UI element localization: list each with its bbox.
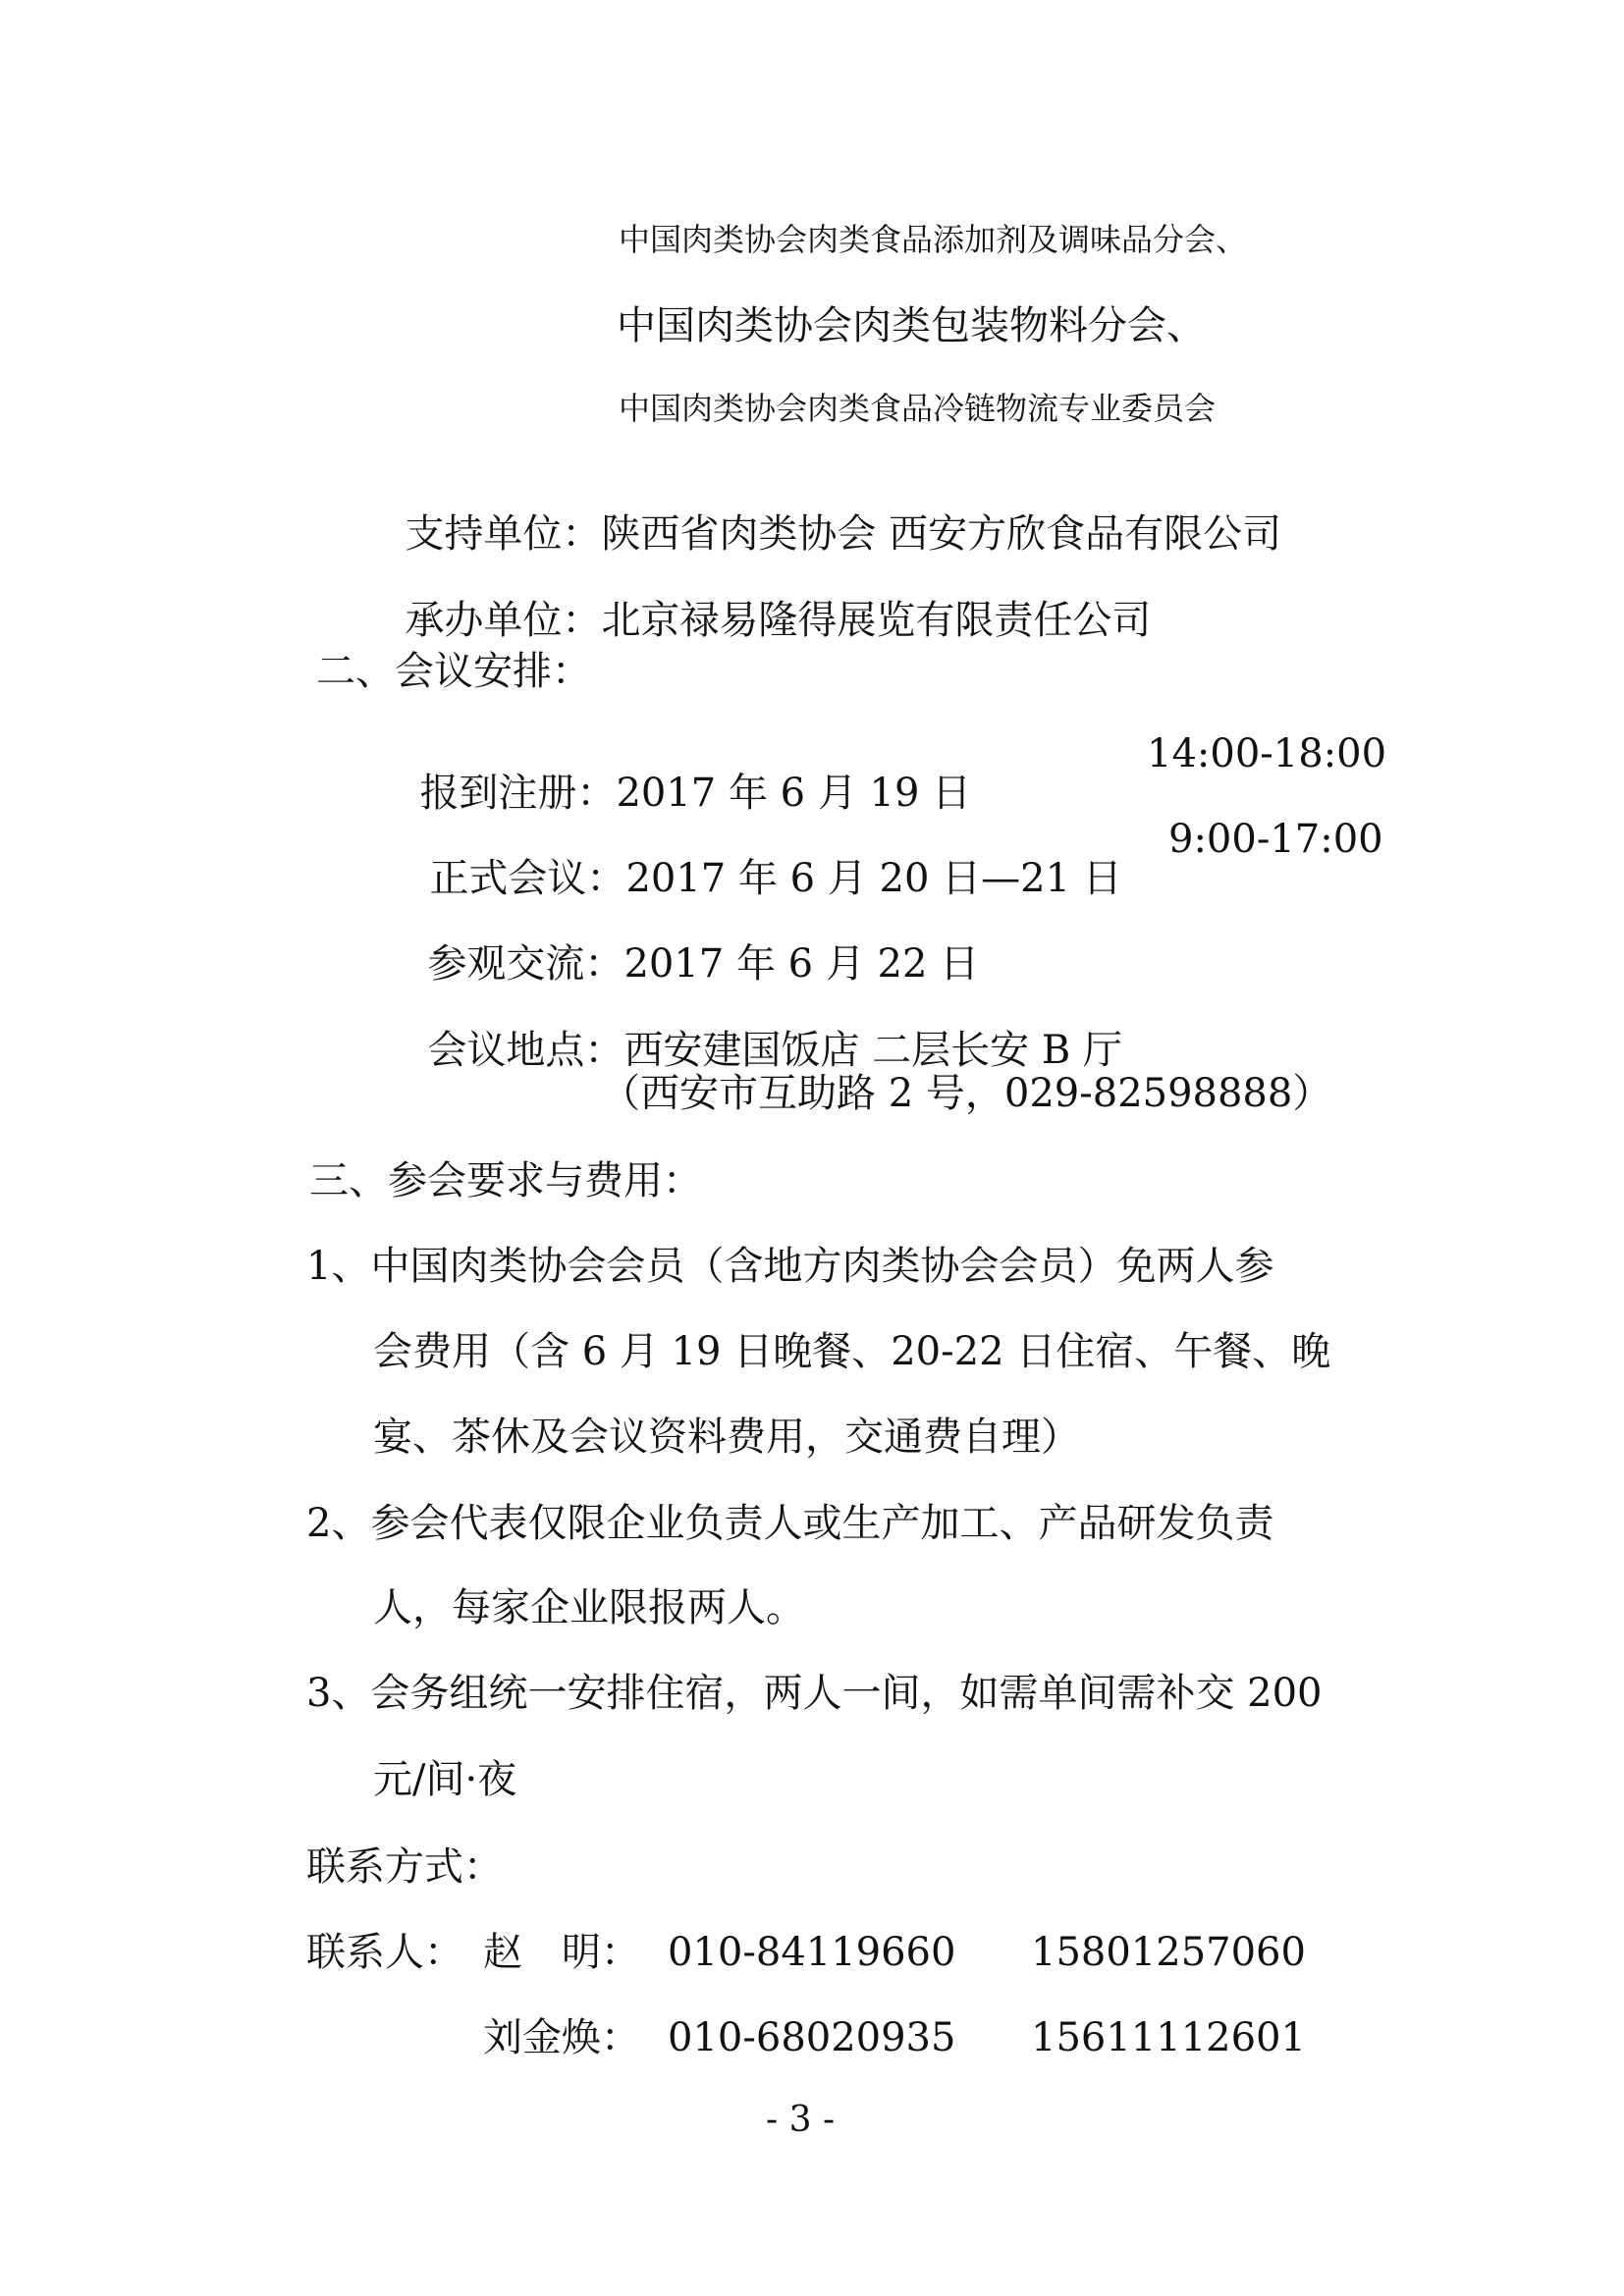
registration-row: 报到注册：2017 年 6 月 19 日 [395, 734, 971, 813]
meeting-row: 正式会议：2017 年 6 月 20 日—21 日 [405, 820, 1122, 898]
requirement-2-line-2: 人，每家企业限报两人。 [373, 1588, 805, 1628]
requirement-1-line-3: 宴、茶休及会议资料费用，交通费自理） [373, 1417, 1080, 1457]
requirement-3-line-2: 元/间·夜 [373, 1760, 516, 1799]
venue-address: （西安市互助路 2 号，029-82598888） [601, 1074, 1331, 1113]
requirement-2-line-1: 2、参会代表仅限企业负责人或生产加工、产品研发负责 [306, 1504, 1273, 1543]
organizer-line-1: 中国肉类协会肉类食品添加剂及调味品分会、 [619, 224, 1247, 255]
contact-person-phone: 010-68020935 [668, 2018, 955, 2057]
requirement-1-line-1: 1、中国肉类协会会员（含地方肉类协会会员）免两人参 [306, 1247, 1273, 1286]
host-label: 承办单位： [405, 598, 601, 643]
visit-row: 参观交流：2017 年 6 月 22 日 [403, 905, 979, 984]
contact-person-mobile: 15611112601 [1031, 2018, 1306, 2057]
organizer-line-2: 中国肉类协会肉类包装物料分会、 [617, 306, 1206, 346]
page-number: - 3 - [766, 2103, 835, 2138]
contact-person-name: 刘金焕： [483, 2018, 640, 2057]
visit-label: 参观交流： [427, 941, 623, 987]
contact-person-name: 赵 明： [483, 1933, 640, 1972]
support-label: 支持单位： [405, 511, 601, 557]
contact-label: 联系人： [306, 1933, 463, 1972]
contact-person-mobile: 15801257060 [1031, 1933, 1306, 1972]
requirement-3-line-1: 3、会务组统一安排住宿，两人一间，如需单间需补交 200 [306, 1674, 1323, 1713]
host-unit: 承办单位：北京禄易隆得展览有限责任公司 [380, 561, 1151, 640]
organizer-line-3: 中国肉类协会肉类食品冷链物流专业委员会 [619, 393, 1216, 424]
meeting-date: 2017 年 6 月 20 日—21 日 [625, 856, 1121, 901]
visit-date: 2017 年 6 月 22 日 [623, 941, 979, 987]
venue-value: 西安建国饭店 二层长安 B 厅 [623, 1028, 1122, 1073]
registration-label: 报到注册： [419, 771, 616, 816]
support-value: 陕西省肉类协会 西安方欣食品有限公司 [601, 511, 1281, 557]
meeting-label: 正式会议： [429, 856, 625, 901]
section-2-heading: 二、会议安排： [316, 652, 591, 691]
venue-row: 会议地点：西安建国饭店 二层长安 B 厅 [403, 991, 1122, 1070]
meeting-time: 9:00-17:00 [1168, 820, 1383, 859]
requirement-1-line-2: 会费用（含 6 月 19 日晚餐、20-22 日住宿、午餐、晚 [373, 1332, 1330, 1371]
support-unit: 支持单位：陕西省肉类协会 西安方欣食品有限公司 [380, 475, 1281, 554]
section-3-heading: 三、参会要求与费用： [309, 1161, 702, 1201]
contact-person-phone: 010-84119660 [668, 1933, 955, 1972]
registration-date: 2017 年 6 月 19 日 [616, 771, 971, 816]
contact-heading: 联系方式： [306, 1847, 503, 1887]
registration-time: 14:00-18:00 [1147, 734, 1386, 774]
venue-label: 会议地点： [427, 1028, 623, 1073]
host-value: 北京禄易隆得展览有限责任公司 [601, 598, 1151, 643]
